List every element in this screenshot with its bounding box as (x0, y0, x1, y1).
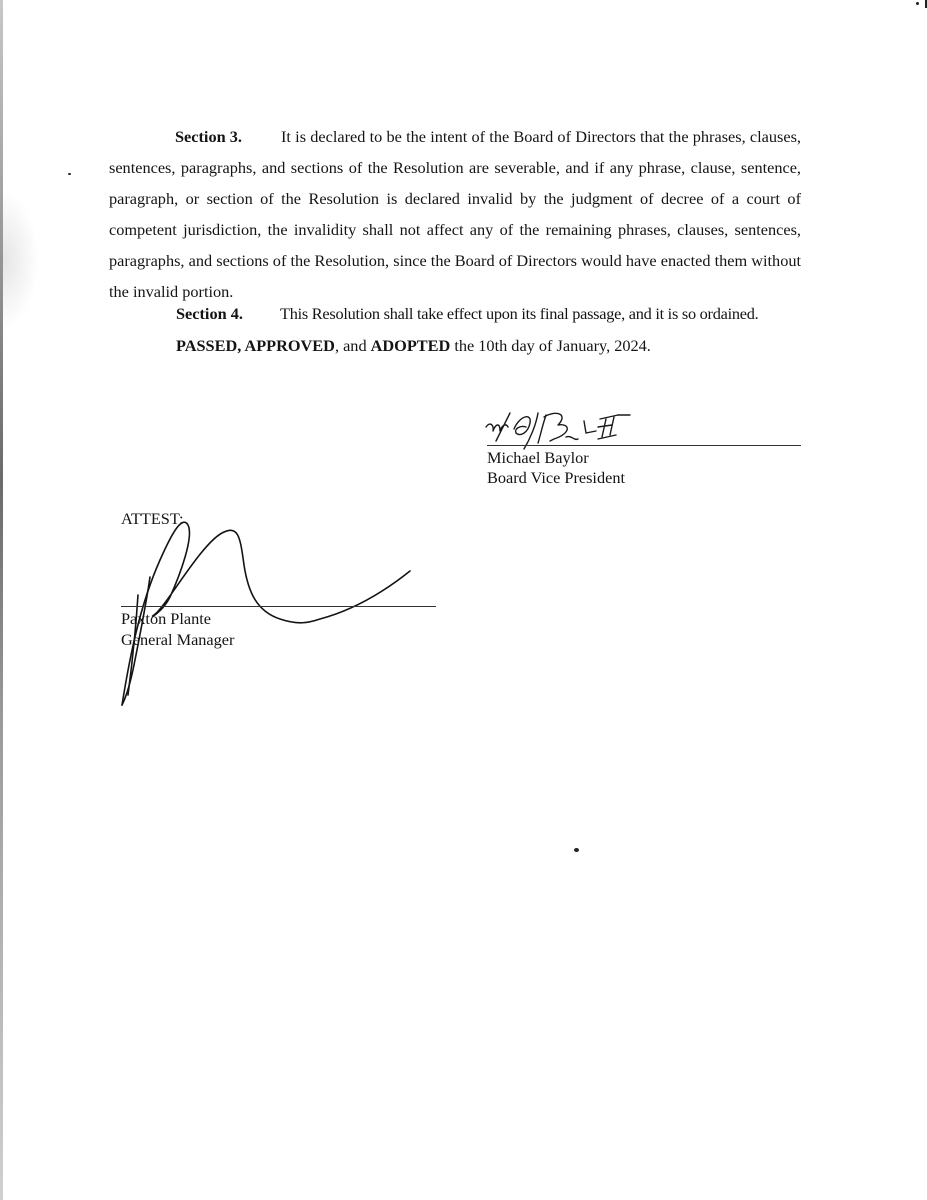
scan-speck (916, 2, 919, 5)
scan-shadow (3, 190, 39, 330)
section-3-paragraph: Section 3.It is declared to be the inten… (109, 121, 801, 307)
section-3-text: It is declared to be the intent of the B… (109, 127, 801, 301)
vice-president-name: Michael Baylor (487, 448, 589, 468)
general-manager-signature-line (121, 606, 436, 607)
adoption-date-text: the 10th day of January, 2024. (450, 336, 651, 355)
adoption-statement: PASSED, APPROVED, and ADOPTED the 10th d… (176, 336, 651, 356)
general-manager-title: General Manager (121, 630, 234, 650)
scan-speck (574, 848, 579, 852)
sep2: , and (335, 336, 371, 355)
scan-edge-left (0, 0, 3, 1200)
section-4-paragraph: Section 4.This Resolution shall take eff… (176, 304, 758, 324)
general-manager-name: Paxton Plante (121, 609, 211, 629)
passed-label: PASSED (176, 336, 237, 355)
approved-label: APPROVED (244, 336, 334, 355)
section-4-text: This Resolution shall take effect upon i… (280, 304, 758, 323)
vice-president-title: Board Vice President (487, 468, 625, 488)
section-4-label: Section 4. (176, 304, 280, 324)
scan-speck (68, 173, 71, 175)
section-3-label: Section 3. (109, 121, 281, 152)
adopted-label: ADOPTED (371, 336, 451, 355)
vice-president-signature-line (487, 445, 801, 446)
